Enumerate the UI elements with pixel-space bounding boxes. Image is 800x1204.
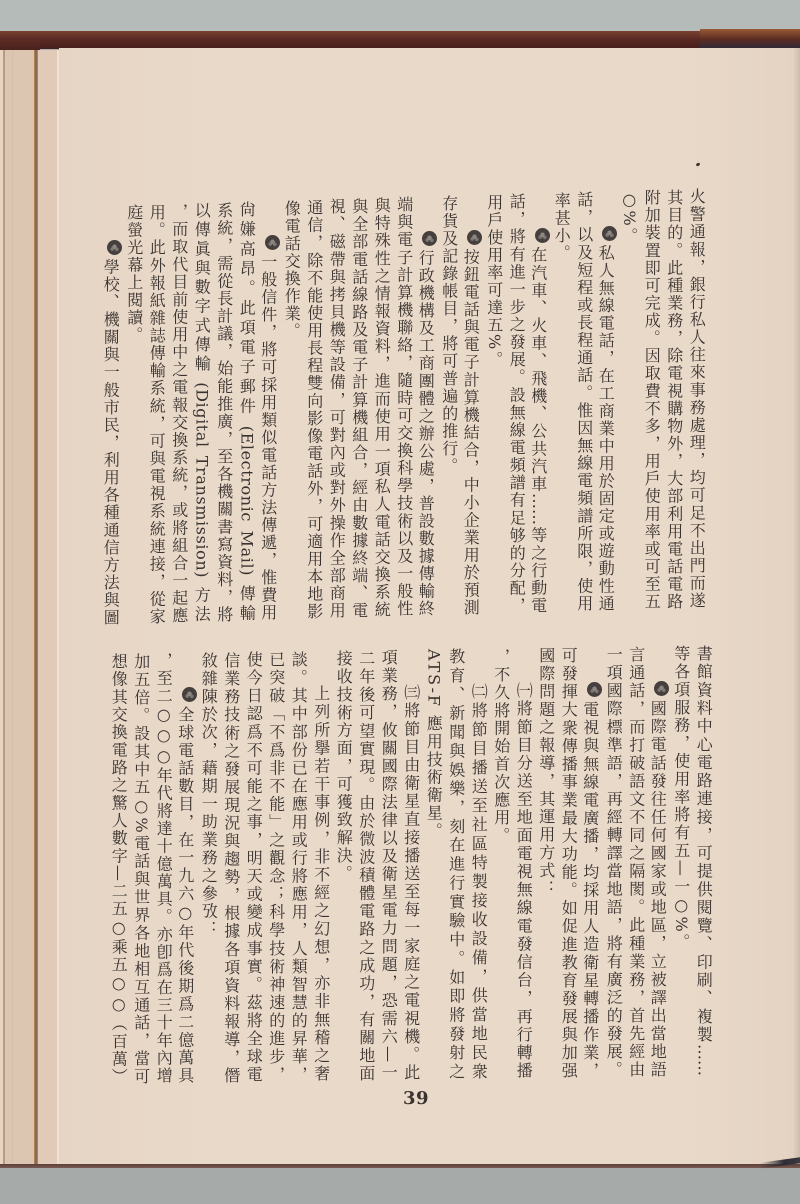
book-cover-edge-right — [700, 29, 800, 49]
book-cover-edge — [0, 31, 800, 49]
scan-background-bottom — [0, 1166, 800, 1204]
page-stack-edges — [0, 50, 60, 1166]
book-cover-bottom-edge — [0, 1164, 800, 1168]
book-page — [59, 48, 800, 1166]
page-number: 39 — [396, 1088, 436, 1109]
